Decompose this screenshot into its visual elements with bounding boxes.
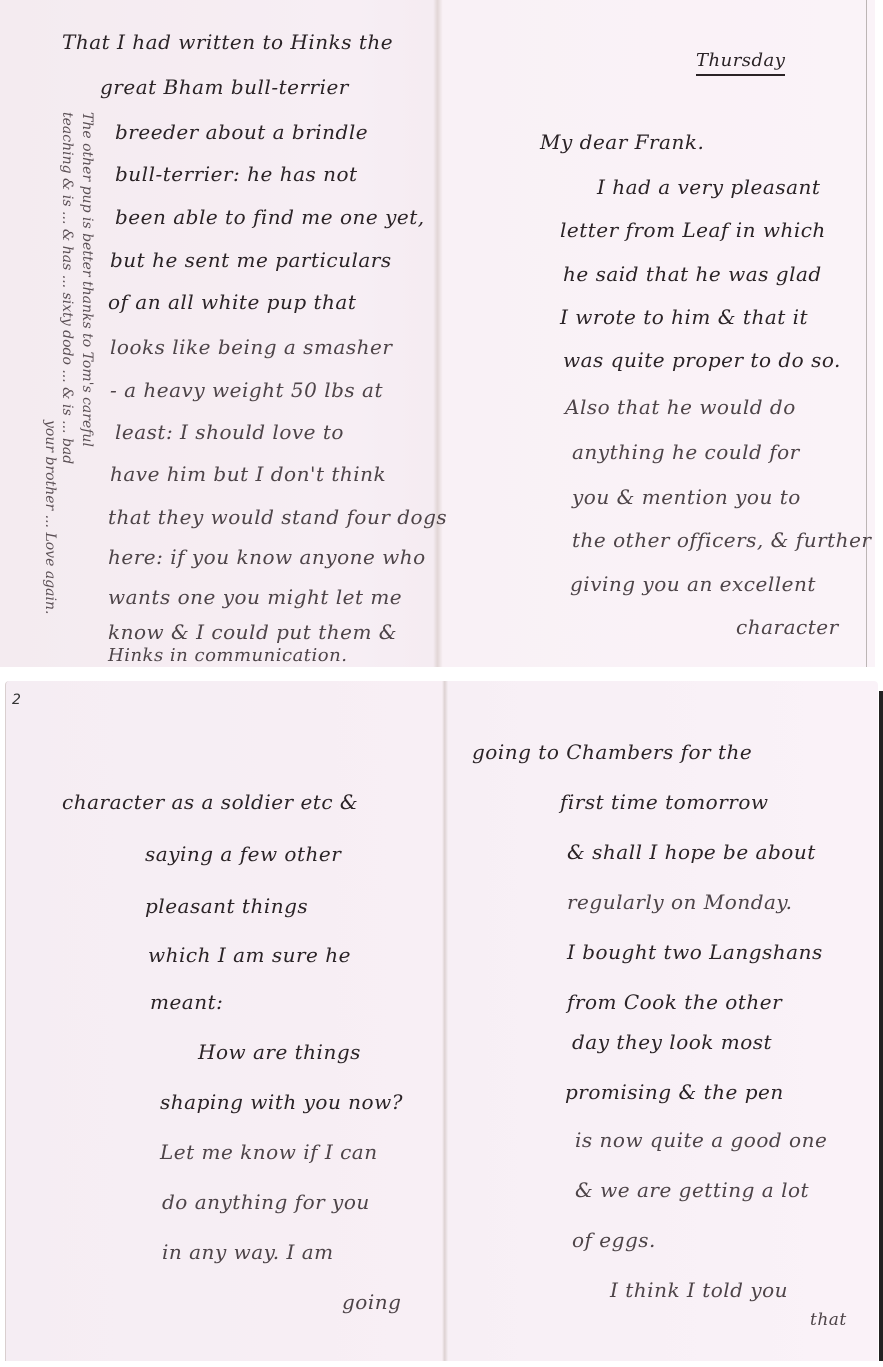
text-line: the other officers, & further <box>572 528 871 552</box>
text-line: going to Chambers for the <box>472 740 752 764</box>
text-line: of an all white pup that <box>108 290 356 314</box>
text-line: regularly on Monday. <box>567 890 792 914</box>
text-line: pleasant things <box>145 894 308 918</box>
text-line: that they would stand four dogs <box>108 505 447 529</box>
text-line: I wrote to him & that it <box>560 305 808 329</box>
text-line: from Cook the other <box>567 990 782 1014</box>
text-line: How are things <box>198 1040 361 1064</box>
text-line: first time tomorrow <box>560 790 768 814</box>
text-line: that <box>810 1310 847 1330</box>
margin-note: teaching & is ... & has ... sixty dodo .… <box>59 112 75 464</box>
text-line: was quite proper to do so. <box>563 348 841 372</box>
text-line: giving you an excellent <box>570 572 816 596</box>
text-line: character as a soldier etc & <box>62 790 358 814</box>
text-line: is now quite a good one <box>575 1128 827 1152</box>
text-line: of eggs. <box>572 1228 656 1252</box>
text-line: shaping with you now? <box>160 1090 403 1114</box>
page-number: 2 <box>12 692 21 708</box>
text-line: I bought two Langshans <box>567 940 823 964</box>
text-line: know & I could put them & <box>108 620 397 644</box>
text-line: wants one you might let me <box>108 585 402 609</box>
text-line: anything he could for <box>572 440 800 464</box>
text-line: & shall I hope be about <box>567 840 816 864</box>
text-line: I think I told you <box>610 1278 788 1302</box>
letter-sheet-1: That I had written to Hinks the great Bh… <box>0 0 875 667</box>
text-line: have him but I don't think <box>110 462 386 486</box>
text-line: Hinks in communication. <box>108 645 347 666</box>
page-edge <box>866 0 867 667</box>
text-line: - a heavy weight 50 lbs at <box>110 378 383 402</box>
text-line: here: if you know anyone who <box>108 545 426 569</box>
text-line: meant: <box>150 990 223 1014</box>
text-line: but he sent me particulars <box>110 248 392 272</box>
text-line: which I am sure he <box>148 943 351 967</box>
text-line: looks like being a smasher <box>110 335 392 359</box>
letter-date: Thursday <box>696 50 785 76</box>
margin-note: your brother ... Love again. <box>42 420 58 614</box>
text-line: breeder about a brindle <box>115 120 368 144</box>
text-line: & we are getting a lot <box>575 1178 809 1202</box>
text-line: bull-terrier: he has not <box>115 162 358 186</box>
text-line: he said that he was glad <box>563 262 822 286</box>
text-line: you & mention you to <box>572 485 801 509</box>
margin-note: The other pup is better thanks to Tom's … <box>79 112 95 447</box>
text-line: letter from Leaf in which <box>560 218 826 242</box>
text-line: do anything for you <box>162 1190 370 1214</box>
text-line: saying a few other <box>145 842 341 866</box>
text-line: Also that he would do <box>565 395 796 419</box>
text-line: in any way. I am <box>162 1240 334 1264</box>
text-line: character <box>736 615 839 639</box>
text-line: going <box>342 1290 401 1314</box>
text-line: Let me know if I can <box>160 1140 378 1164</box>
salutation: My dear Frank. <box>540 130 704 154</box>
text-line: been able to find me one yet, <box>115 205 425 229</box>
text-line: I had a very pleasant <box>597 175 820 199</box>
letter-sheet-2 <box>5 681 878 1361</box>
text-line: That I had written to Hinks the <box>62 30 393 54</box>
text-line: great Bham bull-terrier <box>100 75 349 99</box>
text-line: least: I should love to <box>115 420 344 444</box>
text-line: promising & the pen <box>565 1080 784 1104</box>
text-line: day they look most <box>572 1030 772 1054</box>
